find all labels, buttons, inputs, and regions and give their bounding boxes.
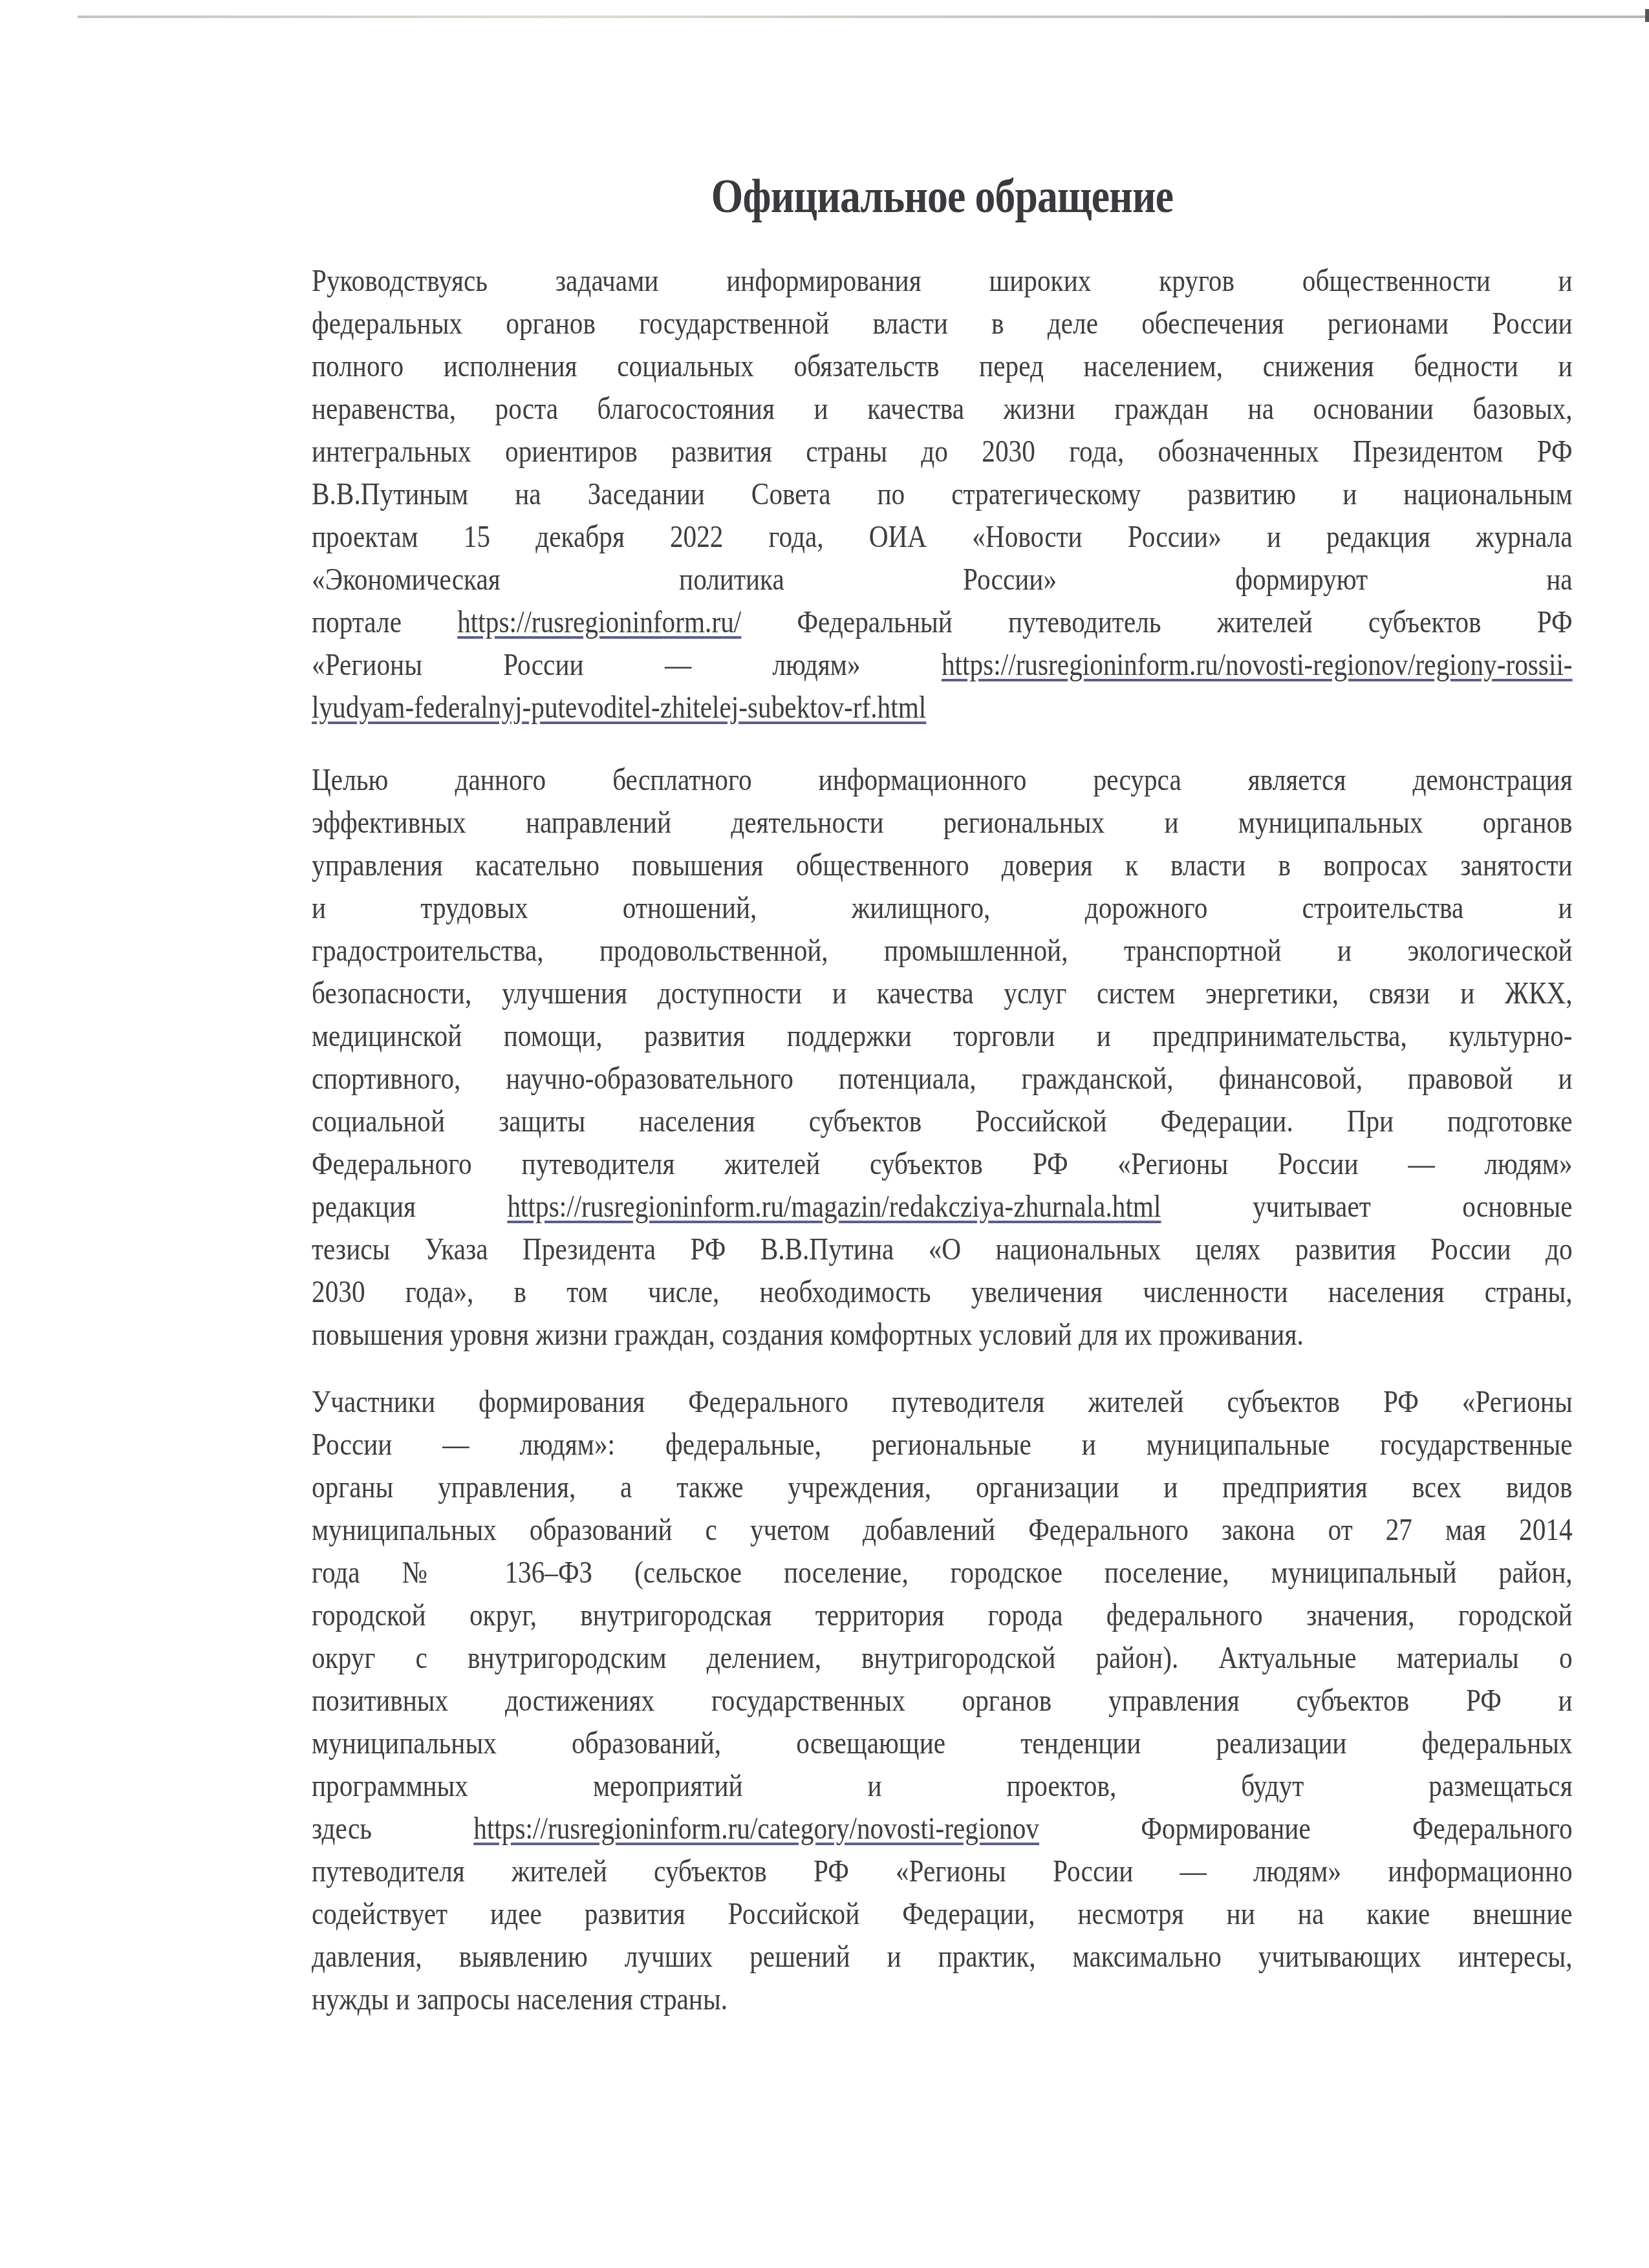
- portal-link[interactable]: https://rusregioninform.ru/: [457, 605, 741, 639]
- scan-top-edge: [78, 16, 1649, 18]
- text-line: проектам 15 декабря 2022 года, ОИА «Ново…: [312, 516, 1573, 559]
- text-line: повышения уровня жизни граждан, создания…: [312, 1314, 1573, 1356]
- guide-article-link-continued[interactable]: lyudyam-federalnyj-putevoditel-zhitelej-…: [312, 690, 926, 725]
- text-line: тезисы Указа Президента РФ В.В.Путина «О…: [312, 1228, 1573, 1271]
- regional-news-link[interactable]: https://rusregioninform.ru/category/novo…: [473, 1812, 1039, 1846]
- text-line: медицинской помощи, развития поддержки т…: [312, 1015, 1573, 1058]
- text-line: путеводителя жителей субъектов РФ «Регио…: [312, 1850, 1573, 1893]
- text-line: социальной защиты населения субъектов Ро…: [312, 1100, 1573, 1143]
- text-line: давления, выявлению лучших решений и пра…: [312, 1936, 1573, 1978]
- paragraph-3: Участники формирования Федерального путе…: [312, 1381, 1573, 2021]
- text-line: эффективных направлений деятельности рег…: [312, 802, 1573, 844]
- text-line: здесь https://rusregioninform.ru/categor…: [312, 1808, 1573, 1850]
- scan-corner-mark: [1645, 9, 1649, 22]
- text-line: нужды и запросы населения страны.: [312, 1978, 1573, 2021]
- text-line: портале https://rusregioninform.ru/ Феде…: [312, 601, 1573, 644]
- text-line: и трудовых отношений, жилищного, дорожно…: [312, 887, 1573, 930]
- text-line: округ с внутригородским делением, внутри…: [312, 1637, 1573, 1680]
- text-line: городской округ, внутригородская террито…: [312, 1594, 1573, 1637]
- text-line: градостроительства, продовольственной, п…: [312, 930, 1573, 972]
- text-line: 2030 года», в том числе, необходимость у…: [312, 1271, 1573, 1314]
- text-line: федеральных органов государственной влас…: [312, 303, 1573, 345]
- text-line: России — людям»: федеральные, региональн…: [312, 1424, 1573, 1466]
- text-line: «Регионы России — людям» https://rusregi…: [312, 644, 1573, 687]
- text-line: редакция https://rusregioninform.ru/maga…: [312, 1186, 1573, 1228]
- text-line: позитивных достижениях государственных о…: [312, 1680, 1573, 1722]
- text-line: программных мероприятий и проектов, буду…: [312, 1765, 1573, 1808]
- text-line: Руководствуясь задачами информирования ш…: [312, 260, 1573, 303]
- text-line: полного исполнения социальных обязательс…: [312, 345, 1573, 388]
- text-line: управления касательно повышения обществе…: [312, 844, 1573, 887]
- text-line: В.В.Путиным на Заседании Совета по страт…: [312, 473, 1573, 516]
- paragraph-2: Целью данного бесплатного информационног…: [312, 759, 1573, 1356]
- text-line: Участники формирования Федерального путе…: [312, 1381, 1573, 1424]
- text-line: муниципальных образований, освещающие те…: [312, 1722, 1573, 1765]
- text-line: Целью данного бесплатного информационног…: [312, 759, 1573, 802]
- text-line: безопасности, улучшения доступности и ка…: [312, 972, 1573, 1015]
- text-line: «Экономическая политика России» формирую…: [312, 559, 1573, 601]
- text-line: lyudyam-federalnyj-putevoditel-zhitelej-…: [312, 687, 1573, 729]
- paragraph-1: Руководствуясь задачами информирования ш…: [312, 260, 1573, 729]
- text-line: года № 136–ФЗ (сельское поселение, город…: [312, 1552, 1573, 1594]
- editorial-link[interactable]: https://rusregioninform.ru/magazin/redak…: [507, 1190, 1161, 1224]
- text-line: содействует идее развития Российской Фед…: [312, 1893, 1573, 1936]
- text-line: неравенства, роста благосостояния и каче…: [312, 388, 1573, 431]
- guide-article-link[interactable]: https://rusregioninform.ru/novosti-regio…: [942, 648, 1573, 682]
- text-line: органы управления, а также учреждения, о…: [312, 1466, 1573, 1509]
- text-line: спортивного, научно-образовательного пот…: [312, 1058, 1573, 1100]
- text-line: Федерального путеводителя жителей субъек…: [312, 1143, 1573, 1186]
- document-title: Официальное обращение: [400, 169, 1485, 224]
- text-line: муниципальных образований с учетом добав…: [312, 1509, 1573, 1552]
- text-line: интегральных ориентиров развития страны …: [312, 431, 1573, 473]
